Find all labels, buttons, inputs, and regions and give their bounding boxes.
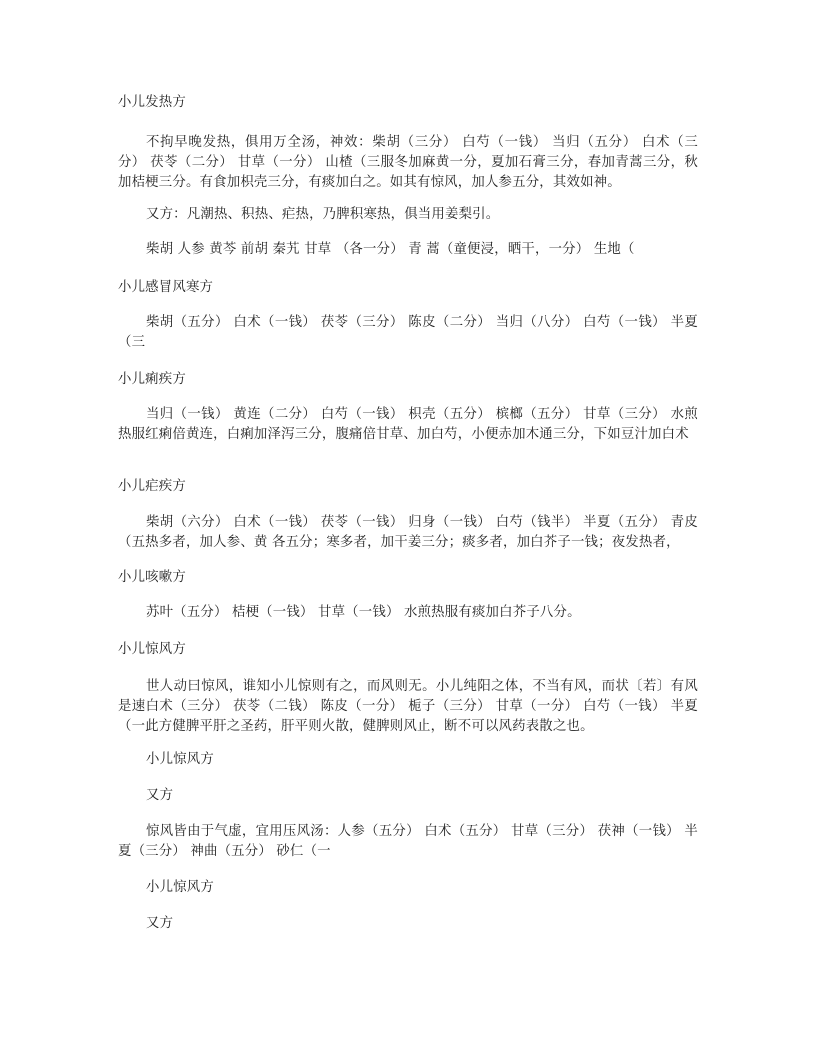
section-heading-convulsion: 小儿惊风方: [118, 640, 698, 660]
section-heading-cough: 小儿咳嗽方: [118, 568, 698, 588]
paragraph-cough-recipe: 苏叶（五分） 桔梗（一钱） 甘草（一钱） 水煎热服有痰加白芥子八分。: [118, 603, 698, 623]
subheading-convulsion-1: 小儿惊风方: [146, 750, 698, 770]
subheading-convulsion-2: 小儿惊风方: [146, 878, 698, 898]
section-heading-fever: 小儿发热方: [118, 93, 698, 113]
paragraph-malaria-recipe: 柴胡（六分） 白术（一钱） 茯苓（一钱） 归身（一钱） 白芍（钱半） 半夏（五分…: [118, 513, 698, 553]
section-heading-dysentery: 小儿痢疾方: [118, 370, 698, 390]
subheading-alt-1: 又方: [146, 786, 698, 806]
paragraph-dysentery-recipe: 当归（一钱） 黄连（二分） 白芍（一钱） 枳壳（五分） 槟榔（五分） 甘草（三分…: [118, 405, 698, 445]
paragraph-convulsion-alt-recipe: 惊风皆由于气虚，宜用压风汤：人参（五分） 白术（五分） 甘草（三分） 茯神（一钱…: [118, 822, 698, 862]
paragraph-fever-alt: 又方：凡潮热、积热、疟热，乃脾积寒热，俱当用姜梨引。: [118, 205, 698, 225]
section-heading-malaria: 小儿疟疾方: [118, 477, 698, 497]
paragraph-fever-herbs: 柴胡 人参 黄芩 前胡 秦艽 甘草 （各一分） 青 蒿（童便浸，晒干，一分） 生…: [118, 240, 698, 260]
paragraph-fever-recipe: 不拘早晚发热，俱用万全汤，神效：柴胡（三分） 白芍（一钱） 当归（五分） 白术（…: [118, 133, 698, 193]
section-heading-cold: 小儿感冒风寒方: [118, 278, 698, 298]
subheading-alt-2: 又方: [146, 914, 698, 934]
paragraph-cold-recipe: 柴胡（五分） 白术（一钱） 茯苓（三分） 陈皮（二分） 当归（八分） 白芍（一钱…: [118, 313, 698, 353]
paragraph-convulsion-recipe: 世人动曰惊风，谁知小儿惊则有之，而风则无。小儿纯阳之体，不当有风，而状〔若〕有风…: [118, 677, 698, 737]
